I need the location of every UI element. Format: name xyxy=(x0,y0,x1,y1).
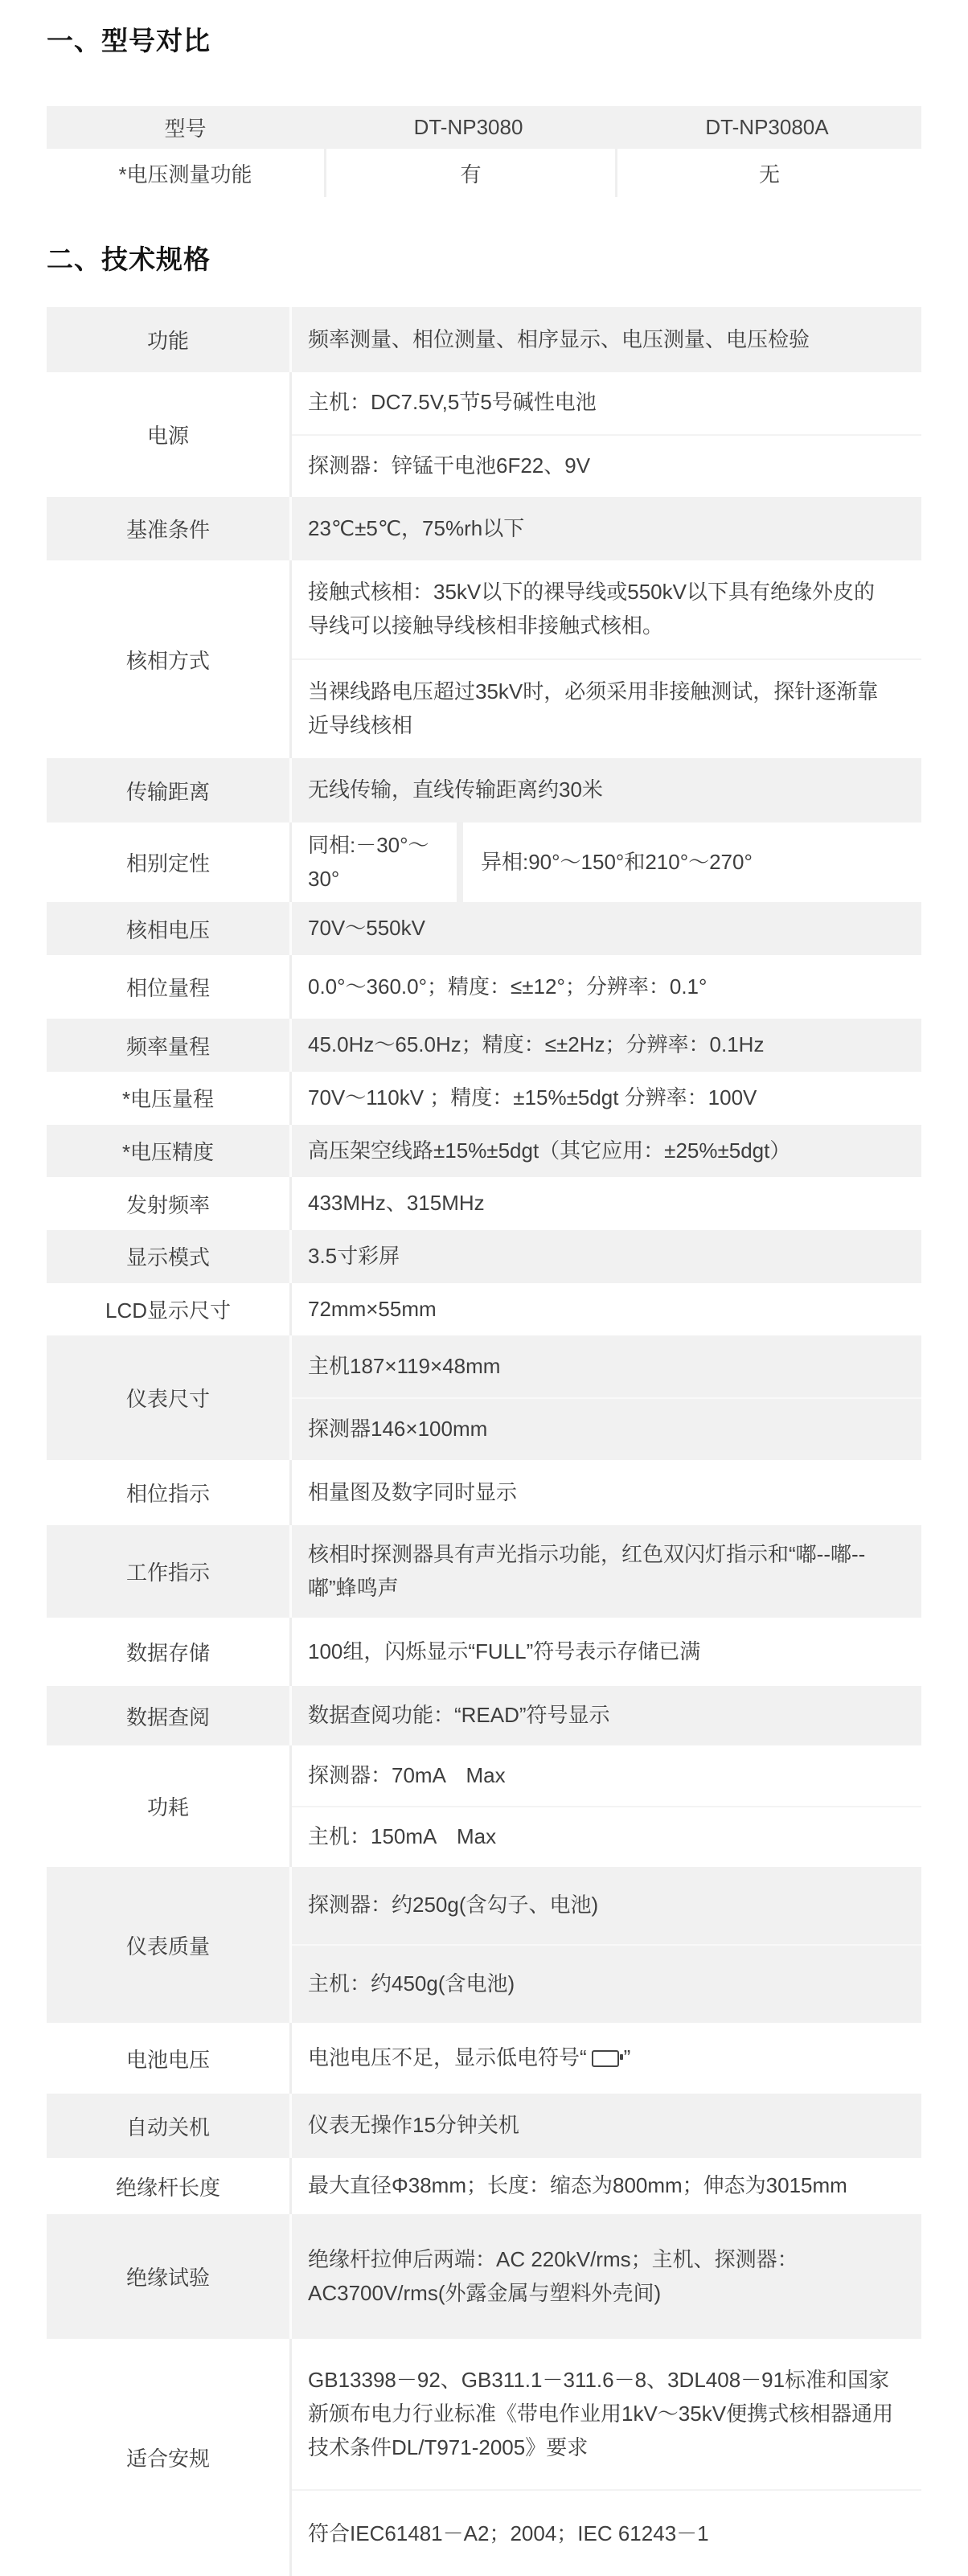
comparison-header-model-1: DT-NP3080 xyxy=(324,106,613,149)
spec-label: LCD显示尺寸 xyxy=(47,1283,289,1336)
tech-spec-table: 功能 频率测量、相位测量、相序显示、电压测量、电压检验 电源 主机：DC7.5V… xyxy=(47,307,921,2576)
spec-value: 100组，闪烁显示“FULL”符号表示存储已满 xyxy=(292,1618,921,1686)
spec-label: 频率量程 xyxy=(47,1019,289,1072)
spec-row-voltage-accuracy: *电压精度 高压架空线路±15%±5dgt（其它应用：±25%±5dgt） xyxy=(47,1125,921,1178)
spec-subvalue: 探测器：锌锰干电池6F22、9V xyxy=(292,434,921,498)
spec-value: 45.0Hz～65.0Hz；精度：≤±2Hz；分辨率：0.1Hz xyxy=(292,1019,921,1072)
spec-label: 仪表质量 xyxy=(47,1867,289,2023)
spec-row-power-consumption: 功耗 探测器：70mA Max 主机：150mA Max xyxy=(47,1745,921,1867)
spec-value: 70V～550kV xyxy=(292,902,921,955)
spec-label: *电压精度 xyxy=(47,1125,289,1178)
spec-subvalue: 探测器146×100mm xyxy=(292,1397,921,1461)
spec-value: 电池电压不足，显示低电符号“ ” xyxy=(292,2023,921,2094)
spec-value: 72mm×55mm xyxy=(292,1283,921,1336)
spec-value: 23℃±5℃，75%rh以下 xyxy=(292,497,921,560)
section-title-tech-specs: 二、技术规格 xyxy=(47,197,921,278)
spec-row-display-mode: 显示模式 3.5寸彩屏 xyxy=(47,1230,921,1283)
comparison-row-value-2: 无 xyxy=(615,149,921,197)
spec-label: 发射频率 xyxy=(47,1177,289,1230)
spec-subvalue: 主机：DC7.5V,5节5号碱性电池 xyxy=(292,372,921,434)
spec-value: 高压架空线路±15%±5dgt（其它应用：±25%±5dgt） xyxy=(292,1125,921,1178)
spec-subvalue: 探测器：约250g(含勾子、电池) xyxy=(292,1867,921,1944)
spec-row-phase-range: 相位量程 0.0°～360.0°；精度：≤±12°；分辨率：0.1° xyxy=(47,955,921,1019)
comparison-row-value-1: 有 xyxy=(324,149,615,197)
spec-label: 功能 xyxy=(47,307,289,372)
spec-row-transmit-frequency: 发射频率 433MHz、315MHz xyxy=(47,1177,921,1230)
spec-label: 传输距离 xyxy=(47,758,289,822)
spec-row-transmission-distance: 传输距离 无线传输，直线传输距离约30米 xyxy=(47,758,921,822)
spec-label: 功耗 xyxy=(47,1745,289,1867)
spec-row-frequency-range: 频率量程 45.0Hz～65.0Hz；精度：≤±2Hz；分辨率：0.1Hz xyxy=(47,1019,921,1072)
page-content: 一、型号对比 型号 DT-NP3080 DT-NP3080A *电压测量功能 有… xyxy=(0,0,968,2576)
spec-label: 适合安规 xyxy=(47,2339,289,2576)
spec-row-working-indication: 工作指示 核相时探测器具有声光指示功能，红色双闪灯指示和“嘟--嘟--嘟”蜂鸣声 xyxy=(47,1525,921,1618)
comparison-header-model: 型号 xyxy=(47,106,324,149)
spec-row-safety-standards: 适合安规 GB13398－92、GB311.1－311.6－8、3DL408－9… xyxy=(47,2339,921,2576)
spec-value: 核相时探测器具有声光指示功能，红色双闪灯指示和“嘟--嘟--嘟”蜂鸣声 xyxy=(292,1525,921,1618)
spec-value: 最大直径Φ38mm；长度：缩态为800mm；伸态为3015mm xyxy=(292,2158,921,2214)
spec-value: 无线传输，直线传输距离约30米 xyxy=(292,758,921,822)
model-comparison-table: 型号 DT-NP3080 DT-NP3080A *电压测量功能 有 无 xyxy=(47,106,921,197)
spec-subvalue: 主机：约450g(含电池) xyxy=(292,1944,921,2023)
comparison-header-model-2: DT-NP3080A xyxy=(613,106,921,149)
spec-label: 数据查阅 xyxy=(47,1686,289,1745)
spec-subvalue-inphase: 同相:－30°～30° xyxy=(292,822,457,902)
spec-label: 相别定性 xyxy=(47,822,289,902)
spec-row-lcd-size: LCD显示尺寸 72mm×55mm xyxy=(47,1283,921,1336)
spec-row-phase-indication: 相位指示 相量图及数字同时显示 xyxy=(47,1460,921,1525)
spec-value: 数据查阅功能：“READ”符号显示 xyxy=(292,1686,921,1745)
spec-value: 70V～110kV ；精度：±15%±5dgt 分辨率：100V xyxy=(292,1072,921,1125)
battery-text-after: ” xyxy=(624,2041,631,2075)
spec-value: 绝缘杆拉伸后两端：AC 220kV/rms；主机、探测器：AC3700V/rms… xyxy=(292,2214,921,2339)
comparison-row-label: *电压测量功能 xyxy=(47,149,324,197)
spec-subvalue: GB13398－92、GB311.1－311.6－8、3DL408－91标准和国… xyxy=(292,2339,921,2489)
section-title-model-comparison: 一、型号对比 xyxy=(47,0,921,61)
spec-label: 基准条件 xyxy=(47,497,289,560)
spec-label: 电池电压 xyxy=(47,2023,289,2094)
spec-row-meter-weight: 仪表质量 探测器：约250g(含勾子、电池) 主机：约450g(含电池) xyxy=(47,1867,921,2023)
spec-row-battery-voltage: 电池电压 电池电压不足，显示低电符号“ ” xyxy=(47,2023,921,2094)
comparison-header-row: 型号 DT-NP3080 DT-NP3080A xyxy=(47,106,921,149)
spec-value: 433MHz、315MHz xyxy=(292,1177,921,1230)
spec-row-phasing-voltage: 核相电压 70V～550kV xyxy=(47,902,921,955)
spec-subvalue: 探测器：70mA Max xyxy=(292,1745,921,1806)
spec-label: 自动关机 xyxy=(47,2094,289,2158)
spec-row-phasing-method: 核相方式 接触式核相：35kV以下的裸导线或550kV以下具有绝缘外皮的导线可以… xyxy=(47,560,921,758)
spec-label: 绝缘试验 xyxy=(47,2214,289,2339)
spec-label: 工作指示 xyxy=(47,1525,289,1618)
spec-label: 仪表尺寸 xyxy=(47,1335,289,1460)
spec-label: 数据存储 xyxy=(47,1618,289,1686)
spec-subvalue: 主机：150mA Max xyxy=(292,1806,921,1868)
spec-row-insulating-rod-length: 绝缘杆长度 最大直径Φ38mm；长度：缩态为800mm；伸态为3015mm xyxy=(47,2158,921,2214)
spec-value: 3.5寸彩屏 xyxy=(292,1230,921,1283)
spec-label: 绝缘杆长度 xyxy=(47,2158,289,2214)
spec-value: 仪表无操作15分钟关机 xyxy=(292,2094,921,2158)
spec-row-insulation-test: 绝缘试验 绝缘杆拉伸后两端：AC 220kV/rms；主机、探测器：AC3700… xyxy=(47,2214,921,2339)
spec-label: 相位指示 xyxy=(47,1460,289,1525)
spec-row-voltage-range: *电压量程 70V～110kV ；精度：±15%±5dgt 分辨率：100V xyxy=(47,1072,921,1125)
spec-subvalue: 当裸线路电压超过35kV时，必须采用非接触测试，探针逐渐靠近导线核相 xyxy=(292,658,921,758)
spec-value: 频率测量、相位测量、相序显示、电压测量、电压检验 xyxy=(292,307,921,372)
battery-text-before: 电池电压不足，显示低电符号“ xyxy=(308,2041,587,2075)
spec-value: 0.0°～360.0°；精度：≤±12°；分辨率：0.1° xyxy=(292,955,921,1019)
spec-row-data-storage: 数据存储 100组，闪烁显示“FULL”符号表示存储已满 xyxy=(47,1618,921,1686)
spec-row-auto-shutdown: 自动关机 仪表无操作15分钟关机 xyxy=(47,2094,921,2158)
low-battery-icon xyxy=(592,2050,619,2067)
spec-row-power: 电源 主机：DC7.5V,5节5号碱性电池 探测器：锌锰干电池6F22、9V xyxy=(47,372,921,497)
spec-label: 电源 xyxy=(47,372,289,497)
spec-label: 核相电压 xyxy=(47,902,289,955)
spec-row-phase-discrimination: 相别定性 同相:－30°～30° 异相:90°～150°和210°～270° xyxy=(47,822,921,902)
spec-label: 显示模式 xyxy=(47,1230,289,1283)
spec-label: 核相方式 xyxy=(47,560,289,758)
spec-row-reference-conditions: 基准条件 23℃±5℃，75%rh以下 xyxy=(47,497,921,560)
spec-subvalue: 主机187×119×48mm xyxy=(292,1335,921,1397)
spec-value: 相量图及数字同时显示 xyxy=(292,1460,921,1525)
spec-split-values: 同相:－30°～30° 异相:90°～150°和210°～270° xyxy=(292,822,921,902)
spec-subvalue-outphase: 异相:90°～150°和210°～270° xyxy=(457,822,921,902)
spec-row-function: 功能 频率测量、相位测量、相序显示、电压测量、电压检验 xyxy=(47,307,921,372)
spec-row-meter-dimensions: 仪表尺寸 主机187×119×48mm 探测器146×100mm xyxy=(47,1335,921,1460)
spec-subvalue: 接触式核相：35kV以下的裸导线或550kV以下具有绝缘外皮的导线可以接触导线核… xyxy=(292,560,921,658)
spec-label: *电压量程 xyxy=(47,1072,289,1125)
spec-label: 相位量程 xyxy=(47,955,289,1019)
spec-row-data-review: 数据查阅 数据查阅功能：“READ”符号显示 xyxy=(47,1686,921,1745)
comparison-data-row: *电压测量功能 有 无 xyxy=(47,149,921,197)
